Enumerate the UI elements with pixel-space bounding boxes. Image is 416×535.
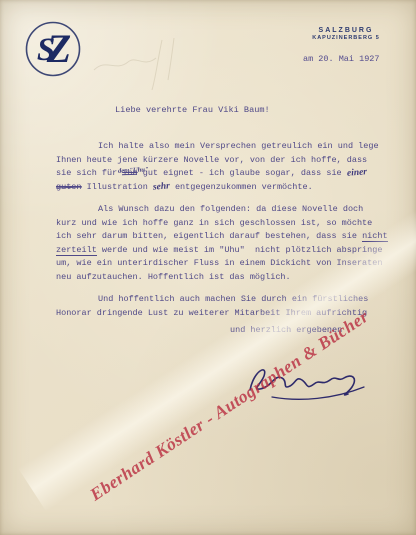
paragraph-1: Ich halte also mein Versprechen getreuli… — [56, 140, 388, 194]
body-line: um, wie ein unterirdischer Fluss in eine… — [56, 257, 388, 271]
letter-body: Ich halte also mein Versprechen getreuli… — [56, 140, 388, 347]
salutation: Liebe verehrte Frau Viki Baum! — [115, 105, 270, 115]
body-line: Ihnen heute jene kürzere Novelle vor, vo… — [56, 154, 388, 168]
svg-text:S: S — [37, 32, 55, 68]
paragraph-2: Als Wunsch dazu den folgenden: da diese … — [56, 203, 388, 284]
letterhead-city: SALZBURG — [298, 27, 394, 34]
letterhead-address: SALZBURG KAPUZINERBERG 5 — [298, 27, 394, 41]
body-line: guten Illustration sehr entgegenzukommen… — [56, 181, 388, 195]
letterhead-street: KAPUZINERBERG 5 — [298, 35, 394, 41]
body-line: sie sich für ihn gut eignet - ich glaube… — [56, 167, 388, 181]
pencil-annotation — [86, 28, 216, 98]
body-line: Als Wunsch dazu den folgenden: da diese … — [56, 203, 388, 217]
body-line: Und hoffentlich auch machen Sie durch ei… — [56, 293, 388, 307]
body-line: neu aufzutauchen. Hoffentlich ist das mö… — [56, 271, 388, 285]
body-line: Ich halte also mein Versprechen getreuli… — [56, 140, 388, 154]
body-line: kurz und wie ich hoffe ganz in sich gesc… — [56, 217, 388, 231]
body-line: ich sehr darum bitten, eigentlich darauf… — [56, 230, 388, 244]
sz-monogram-logo: SZ Z S — [22, 18, 84, 80]
letter-page: SZ Z S SALZBURG KAPUZINERBERG 5 am 20. M… — [0, 0, 416, 535]
typed-date: am 20. Mai 1927 — [303, 54, 380, 64]
body-line: Honorar dringende Lust zu weiterer Mitar… — [56, 307, 388, 321]
body-line: zerteilt werde und wie meist im "Uhu" ni… — [56, 244, 388, 258]
